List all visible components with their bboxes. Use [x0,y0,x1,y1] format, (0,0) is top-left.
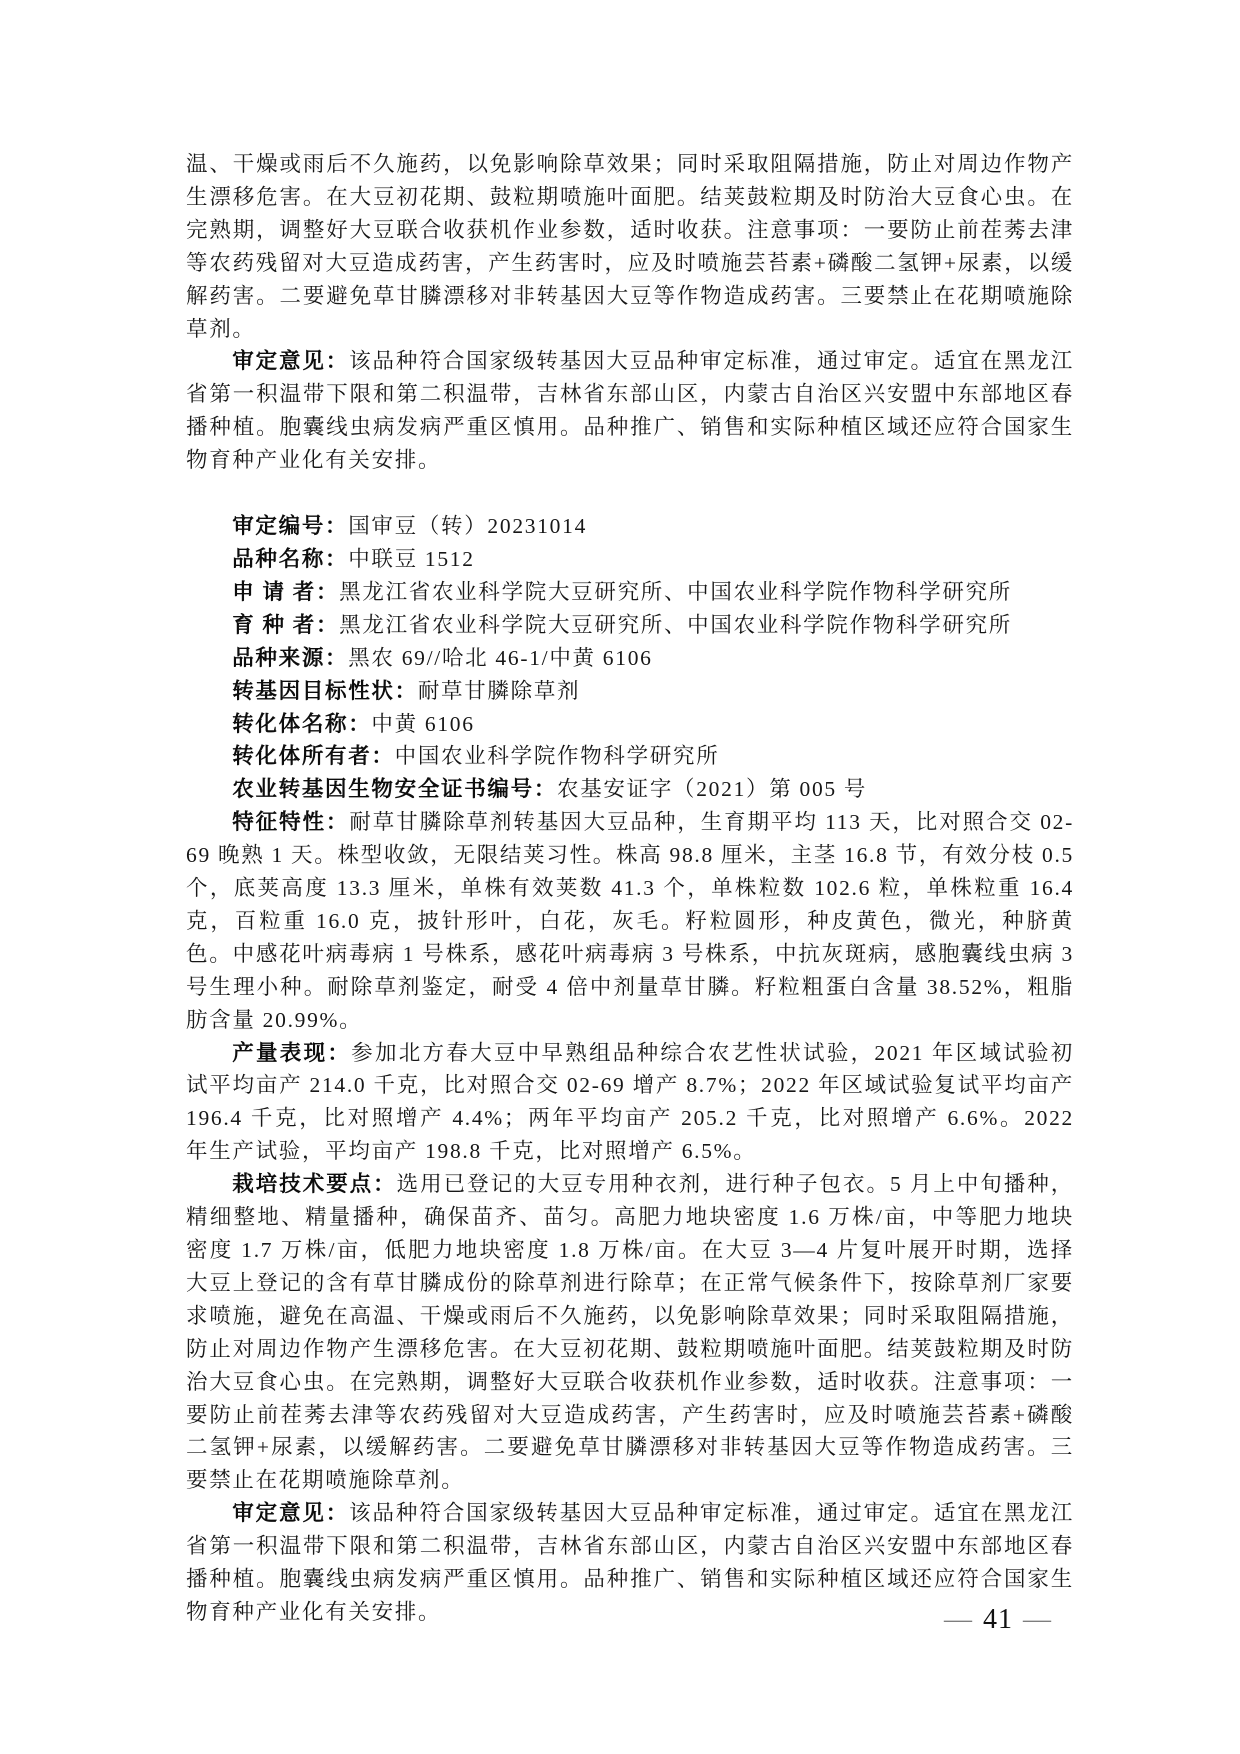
characteristics-label: 特征特性： [232,810,349,834]
field-approval-number: 审定编号：国审豆（转）20231014 [186,510,1074,543]
page-number-dash-left: — [944,1604,973,1635]
field-gm-target-trait-value: 耐草甘膦除草剂 [418,679,580,703]
cultivation-techniques-text: 选用已登记的大豆专用种衣剂，进行种子包衣。5 月上中旬播种，精细整地、精量播种，… [186,1172,1074,1492]
field-variety-origin-value: 黑农 69//哈北 46-1/中黄 6106 [348,646,652,670]
paragraph-cultivation-continuation: 温、干燥或雨后不久施药，以免影响除草效果；同时采取阻隔措施，防止对周边作物产生漂… [186,148,1074,345]
document-page: 温、干燥或雨后不久施药，以免影响除草效果；同时采取阻隔措施，防止对周边作物产生漂… [0,0,1240,1754]
field-breeder-label: 育 种 者： [232,613,339,637]
field-variety-name: 品种名称：中联豆 1512 [186,543,1074,576]
yield-performance-label: 产量表现： [232,1041,351,1065]
field-applicant-label: 申 请 者： [232,580,339,604]
field-variety-origin: 品种来源：黑农 69//哈北 46-1/中黄 6106 [186,642,1074,675]
page-number: —41— [944,1603,1052,1637]
field-variety-name-value: 中联豆 1512 [348,547,474,571]
paragraph-cultivation-techniques: 栽培技术要点：选用已登记的大豆专用种衣剂，进行种子包衣。5 月上中旬播种，精细整… [186,1168,1074,1497]
field-approval-number-label: 审定编号： [232,514,348,538]
field-breeder: 育 种 者：黑龙江省农业科学院大豆研究所、中国农业科学院作物科学研究所 [186,609,1074,642]
page-number-value: 41 [983,1604,1013,1635]
field-transformation-event-owner-value: 中国农业科学院作物科学研究所 [395,744,720,768]
cultivation-techniques-label: 栽培技术要点： [232,1172,396,1196]
characteristics-text: 耐草甘膦除草剂转基因大豆品种，生育期平均 113 天，比对照合交 02-69 晚… [186,810,1074,1031]
paragraph-approval-opinion-bottom: 审定意见：该品种符合国家级转基因大豆品种审定标准，通过审定。适宜在黑龙江省第一积… [186,1497,1074,1629]
paragraph-approval-opinion-top: 审定意见：该品种符合国家级转基因大豆品种审定标准，通过审定。适宜在黑龙江省第一积… [186,345,1074,477]
approval-opinion-label: 审定意见： [232,349,349,373]
page-number-dash-right: — [1023,1604,1052,1635]
field-gm-target-trait: 转基因目标性状：耐草甘膦除草剂 [186,675,1074,708]
field-biosafety-certificate-number-label: 农业转基因生物安全证书编号： [232,777,557,801]
paragraph-yield-performance: 产量表现：参加北方春大豆中早熟组品种综合农艺性状试验，2021 年区域试验初试平… [186,1037,1074,1169]
field-transformation-event-owner: 转化体所有者：中国农业科学院作物科学研究所 [186,740,1074,773]
approval-opinion-bottom-label: 审定意见： [232,1501,349,1525]
field-gm-target-trait-label: 转基因目标性状： [232,679,418,703]
field-approval-number-value: 国审豆（转）20231014 [348,514,587,538]
field-transformation-event-name-label: 转化体名称： [232,712,371,736]
field-biosafety-certificate-number: 农业转基因生物安全证书编号：农基安证字（2021）第 005 号 [186,773,1074,806]
paragraph-characteristics: 特征特性：耐草甘膦除草剂转基因大豆品种，生育期平均 113 天，比对照合交 02… [186,806,1074,1036]
field-transformation-event-name: 转化体名称：中黄 6106 [186,708,1074,741]
field-variety-name-label: 品种名称： [232,547,348,571]
variety-field-list: 审定编号：国审豆（转）20231014 品种名称：中联豆 1512 申 请 者：… [186,510,1074,806]
field-variety-origin-label: 品种来源： [232,646,348,670]
field-applicant-value: 黑龙江省农业科学院大豆研究所、中国农业科学院作物科学研究所 [339,580,1012,604]
document-body: 温、干燥或雨后不久施药，以免影响除草效果；同时采取阻隔措施，防止对周边作物产生漂… [186,148,1074,1629]
field-breeder-value: 黑龙江省农业科学院大豆研究所、中国农业科学院作物科学研究所 [339,613,1012,637]
field-transformation-event-name-value: 中黄 6106 [371,712,474,736]
field-biosafety-certificate-number-value: 农基安证字（2021）第 005 号 [557,777,867,801]
field-applicant: 申 请 者：黑龙江省农业科学院大豆研究所、中国农业科学院作物科学研究所 [186,576,1074,609]
field-transformation-event-owner-label: 转化体所有者： [232,744,394,768]
